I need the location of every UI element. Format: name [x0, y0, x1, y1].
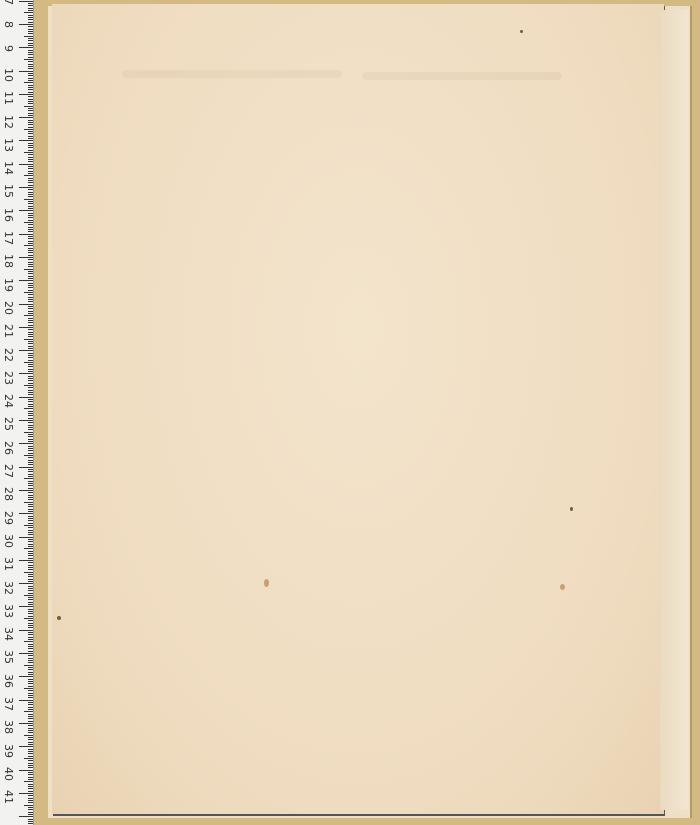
ruler-tick	[19, 793, 33, 794]
blank-page	[52, 4, 664, 814]
ruler-number: 22	[2, 348, 15, 368]
ruler-tick	[28, 457, 33, 458]
ruler-tick	[28, 798, 33, 799]
ruler-tick	[28, 64, 33, 65]
ruler-tick	[28, 61, 33, 62]
ruler-tick	[28, 707, 33, 708]
ruler-tick	[28, 530, 33, 531]
ruler-tick	[28, 823, 33, 824]
ruler-tick	[28, 147, 33, 148]
ruler-tick	[19, 653, 33, 654]
ruler-tick	[28, 616, 33, 617]
ruler-tick	[28, 672, 33, 673]
ruler-tick	[19, 537, 33, 538]
ruler-tick	[28, 8, 33, 9]
ruler-tick	[28, 476, 33, 477]
ruler-tick	[28, 182, 33, 183]
ruler-number: 37	[2, 697, 15, 717]
ruler-tick	[19, 723, 33, 724]
ruler-tick	[28, 297, 33, 298]
ruler-tick	[28, 371, 33, 372]
ruler-tick	[28, 369, 33, 370]
ruler-tick	[28, 488, 33, 489]
ruler-tick	[28, 406, 33, 407]
ruler-tick	[28, 136, 33, 137]
stain-spot	[520, 30, 523, 33]
ruler-tick	[28, 648, 33, 649]
ruler-tick	[28, 555, 33, 556]
ruler-tick	[28, 213, 33, 214]
ruler-tick	[28, 483, 33, 484]
ruler-tick	[19, 327, 33, 328]
ruler-tick	[28, 224, 33, 225]
ruler-tick	[28, 460, 33, 461]
ruler-tick	[28, 667, 33, 668]
ruler-tick	[28, 150, 33, 151]
ruler-tick	[28, 180, 33, 181]
ruler-tick	[19, 513, 33, 514]
ruler-number: 26	[2, 441, 15, 461]
ruler-tick	[28, 774, 33, 775]
ruler-tick	[28, 534, 33, 535]
ruler-number: 30	[2, 534, 15, 554]
ruler-tick	[24, 641, 33, 642]
ruler-tick	[28, 108, 33, 109]
ruler-number: 36	[2, 674, 15, 694]
stain-spot	[264, 579, 269, 587]
ruler-tick	[28, 453, 33, 454]
ruler-tick	[24, 525, 33, 526]
ruler-tick	[28, 604, 33, 605]
ruler-tick	[28, 73, 33, 74]
ruler-number: 40	[2, 767, 15, 787]
ruler-tick	[28, 462, 33, 463]
ruler-tick	[28, 809, 33, 810]
ruler-tick	[28, 576, 33, 577]
ruler-tick	[28, 311, 33, 312]
ruler-tick	[28, 178, 33, 179]
ruler-tick	[28, 115, 33, 116]
ruler-tick	[28, 78, 33, 79]
ruler-tick	[28, 669, 33, 670]
ruler-number: 39	[2, 744, 15, 764]
ruler-tick	[28, 313, 33, 314]
ruler-tick	[24, 665, 33, 666]
ruler-tick	[28, 159, 33, 160]
ruler-tick	[28, 294, 33, 295]
ruler-tick	[24, 269, 33, 270]
ruler-tick	[28, 441, 33, 442]
ruler-tick	[28, 19, 33, 20]
ruler-tick	[28, 429, 33, 430]
ruler-tick	[28, 26, 33, 27]
ruler-tick	[28, 248, 33, 249]
ruler-tick	[28, 749, 33, 750]
ruler-number: 7	[2, 0, 15, 18]
ruler-tick	[28, 133, 33, 134]
ruler-number: 33	[2, 604, 15, 624]
ruler-tick	[28, 87, 33, 88]
ruler-tick	[28, 660, 33, 661]
ruler-tick	[28, 80, 33, 81]
ruler-tick	[19, 117, 33, 118]
ruler-tick	[28, 520, 33, 521]
ruler-tick	[28, 138, 33, 139]
ruler-tick	[28, 721, 33, 722]
ruler-tick	[19, 397, 33, 398]
ruler-tick	[28, 120, 33, 121]
ruler-tick	[24, 12, 33, 13]
ruler-tick	[19, 443, 33, 444]
ruler-tick	[28, 802, 33, 803]
ruler-number: 23	[2, 371, 15, 391]
ruler-tick	[28, 243, 33, 244]
ruler-tick	[28, 551, 33, 552]
ruler-tick	[28, 791, 33, 792]
ruler-number: 15	[2, 184, 15, 204]
ruler-tick	[19, 71, 33, 72]
ruler-tick	[28, 394, 33, 395]
ruler-tick	[24, 502, 33, 503]
ruler-tick	[28, 241, 33, 242]
ruler-tick	[28, 434, 33, 435]
ruler-tick	[28, 516, 33, 517]
ruler-tick	[28, 716, 33, 717]
ruler-tick	[24, 59, 33, 60]
ruler-tick	[19, 583, 33, 584]
ruler-tick	[28, 401, 33, 402]
show-through-text	[362, 72, 562, 80]
ruler-tick	[28, 474, 33, 475]
ruler-tick	[28, 567, 33, 568]
ruler-tick	[28, 346, 33, 347]
ruler-tick	[28, 329, 33, 330]
ruler-tick	[28, 744, 33, 745]
ruler-tick	[28, 189, 33, 190]
ruler-tick	[28, 168, 33, 169]
ruler-tick	[28, 674, 33, 675]
ruler-tick	[28, 33, 33, 34]
ruler-tick	[28, 436, 33, 437]
ruler-number: 8	[2, 21, 15, 41]
ruler-tick	[28, 499, 33, 500]
ruler-tick	[28, 639, 33, 640]
ruler-number: 17	[2, 231, 15, 251]
ruler-tick	[28, 763, 33, 764]
ruler-tick	[24, 315, 33, 316]
ruler-tick	[28, 203, 33, 204]
ruler-tick	[28, 579, 33, 580]
ruler-tick	[28, 593, 33, 594]
ruler-number: 41	[2, 790, 15, 810]
ruler-tick	[28, 634, 33, 635]
ruler-tick	[28, 739, 33, 740]
ruler-number: 38	[2, 720, 15, 740]
ruler-tick	[28, 103, 33, 104]
ruler-tick	[28, 819, 33, 820]
ruler-tick	[28, 238, 33, 239]
ruler-number: 14	[2, 161, 15, 181]
ruler-tick	[28, 255, 33, 256]
ruler-tick	[28, 546, 33, 547]
ruler-tick	[28, 772, 33, 773]
ruler-tick	[19, 490, 33, 491]
ruler-tick	[28, 599, 33, 600]
ruler-tick	[28, 527, 33, 528]
ruler-tick	[28, 145, 33, 146]
ruler-tick	[28, 54, 33, 55]
ruler-tick	[28, 171, 33, 172]
ruler-tick	[28, 760, 33, 761]
ruler-tick	[28, 728, 33, 729]
ruler-tick	[28, 399, 33, 400]
ruler-tick	[28, 807, 33, 808]
ruler-tick	[19, 1, 33, 2]
ruler-tick	[28, 266, 33, 267]
ruler-tick	[28, 511, 33, 512]
ruler-tick	[24, 618, 33, 619]
ruler-tick	[28, 273, 33, 274]
ruler-tick	[28, 532, 33, 533]
ruler-tick	[19, 420, 33, 421]
ruler-tick	[28, 208, 33, 209]
ruler-tick	[28, 215, 33, 216]
ruler-tick	[28, 786, 33, 787]
ruler-tick	[28, 544, 33, 545]
ruler-tick	[24, 292, 33, 293]
ruler-tick	[28, 50, 33, 51]
ruler-tick	[28, 236, 33, 237]
ruler-number: 31	[2, 557, 15, 577]
ruler-tick	[28, 231, 33, 232]
ruler-tick	[28, 10, 33, 11]
ruler-tick	[28, 283, 33, 284]
ruler-tick	[28, 29, 33, 30]
ruler-tick	[28, 113, 33, 114]
ruler-tick	[28, 569, 33, 570]
ruler-tick	[28, 15, 33, 16]
ruler-tick	[19, 467, 33, 468]
ruler-number: 12	[2, 115, 15, 135]
ruler-tick	[24, 595, 33, 596]
ruler-tick	[24, 781, 33, 782]
ruler-number: 16	[2, 208, 15, 228]
ruler-tick	[28, 264, 33, 265]
ruler-tick	[28, 784, 33, 785]
ruler-tick	[19, 676, 33, 677]
ruler-tick	[28, 620, 33, 621]
ruler-tick	[28, 201, 33, 202]
ruler-tick	[19, 187, 33, 188]
ruler-tick	[24, 129, 33, 130]
ruler-tick	[28, 590, 33, 591]
ruler-tick	[28, 5, 33, 6]
ruler-tick	[28, 96, 33, 97]
ruler-tick	[28, 325, 33, 326]
ruler-tick	[28, 814, 33, 815]
ruler-tick	[28, 658, 33, 659]
ruler-tick	[28, 31, 33, 32]
ruler-tick	[28, 693, 33, 694]
ruler-tick	[28, 285, 33, 286]
ruler-tick	[28, 43, 33, 44]
ruler-tick	[28, 17, 33, 18]
ruler-tick	[28, 683, 33, 684]
ruler-tick	[19, 280, 33, 281]
ruler-tick	[28, 800, 33, 801]
ruler-tick	[28, 651, 33, 652]
ruler-tick	[28, 85, 33, 86]
ruler-tick	[19, 350, 33, 351]
ruler-tick	[28, 271, 33, 272]
ruler-tick	[28, 611, 33, 612]
ruler-tick	[24, 805, 33, 806]
ruler-tick	[28, 322, 33, 323]
ruler-number: 21	[2, 324, 15, 344]
ruler-tick	[28, 518, 33, 519]
ruler-tick	[19, 606, 33, 607]
ruler-tick	[28, 336, 33, 337]
ruler-tick	[28, 777, 33, 778]
stain-spot	[560, 584, 565, 590]
ruler-tick	[24, 711, 33, 712]
ruler-tick	[28, 632, 33, 633]
ruler-tick	[28, 623, 33, 624]
ruler-tick	[28, 439, 33, 440]
ruler-tick	[28, 332, 33, 333]
ruler-tick	[28, 161, 33, 162]
ruler-number: 20	[2, 301, 15, 321]
ruler-tick	[28, 756, 33, 757]
ruler-tick	[28, 357, 33, 358]
ruler-tick	[28, 751, 33, 752]
ruler-tick	[19, 560, 33, 561]
stain-spot	[570, 507, 573, 511]
ruler-tick	[28, 602, 33, 603]
ruler-tick	[19, 234, 33, 235]
ruler-tick	[28, 287, 33, 288]
ruler-tick	[28, 308, 33, 309]
ruler-tick	[28, 278, 33, 279]
ruler-tick	[28, 341, 33, 342]
ruler-tick	[28, 686, 33, 687]
ruler-tick	[28, 99, 33, 100]
ruler-tick	[24, 339, 33, 340]
ruler-tick	[28, 730, 33, 731]
ruler-tick	[24, 82, 33, 83]
ruler-tick	[19, 373, 33, 374]
ruler-tick	[28, 448, 33, 449]
ruler-tick	[28, 732, 33, 733]
ruler-tick	[28, 306, 33, 307]
ruler-tick	[28, 299, 33, 300]
ruler-tick	[28, 343, 33, 344]
ruler-tick	[28, 425, 33, 426]
ruler-tick	[28, 422, 33, 423]
ruler-tick	[28, 290, 33, 291]
ruler-tick	[28, 609, 33, 610]
ruler-tick	[28, 627, 33, 628]
ruler-tick	[28, 413, 33, 414]
ruler-tick	[28, 229, 33, 230]
ruler-tick	[19, 816, 33, 817]
ruler-tick	[28, 450, 33, 451]
ruler-tick	[28, 588, 33, 589]
ruler-tick	[28, 131, 33, 132]
ruler-tick	[28, 558, 33, 559]
ruler-tick	[28, 695, 33, 696]
ruler-tick	[28, 378, 33, 379]
ruler-number: 11	[2, 91, 15, 111]
ruler-tick	[28, 714, 33, 715]
ruler-tick	[28, 562, 33, 563]
ruler-tick	[28, 742, 33, 743]
ruler-tick	[28, 541, 33, 542]
ruler-tick	[19, 210, 33, 211]
ruler-tick	[28, 364, 33, 365]
ruler-tick	[28, 68, 33, 69]
ruler-tick	[28, 523, 33, 524]
ruler-tick	[28, 122, 33, 123]
ruler-tick	[28, 753, 33, 754]
ruler-tick	[28, 38, 33, 39]
ruler-tick	[24, 572, 33, 573]
ruler-tick	[24, 175, 33, 176]
ruler-number: 19	[2, 278, 15, 298]
ruler-tick	[28, 196, 33, 197]
ruler-tick	[28, 625, 33, 626]
ruler-tick	[28, 646, 33, 647]
ruler-tick	[28, 124, 33, 125]
ruler-tick	[28, 795, 33, 796]
ruler-tick	[28, 497, 33, 498]
ruler-tick	[28, 553, 33, 554]
ruler-tick	[28, 45, 33, 46]
ruler-number: 29	[2, 511, 15, 531]
ruler-tick	[28, 574, 33, 575]
ruler-tick	[28, 597, 33, 598]
ruler-tick	[28, 411, 33, 412]
ruler-tick	[19, 140, 33, 141]
ruler-tick	[28, 52, 33, 53]
ruler-tick	[28, 812, 33, 813]
ruler-tick	[24, 106, 33, 107]
ruler-tick	[28, 404, 33, 405]
ruler-tick	[28, 637, 33, 638]
ruler-number: 28	[2, 487, 15, 507]
ruler-tick	[28, 154, 33, 155]
ruler-tick	[28, 334, 33, 335]
ruler-tick	[28, 464, 33, 465]
ruler-tick	[28, 353, 33, 354]
ruler-tick	[28, 565, 33, 566]
ruler-tick	[28, 506, 33, 507]
ruler-tick	[28, 101, 33, 102]
ruler-tick	[28, 418, 33, 419]
ruler-tick	[28, 788, 33, 789]
ruler-number: 32	[2, 581, 15, 601]
ruler-tick	[19, 94, 33, 95]
ruler-tick	[28, 390, 33, 391]
ruler-tick	[28, 779, 33, 780]
ruler-tick	[28, 690, 33, 691]
ruler-tick	[24, 408, 33, 409]
ruler-tick	[24, 36, 33, 37]
ruler-tick	[28, 194, 33, 195]
ruler-tick	[28, 492, 33, 493]
ruler-tick	[28, 697, 33, 698]
ruler-tick	[24, 362, 33, 363]
